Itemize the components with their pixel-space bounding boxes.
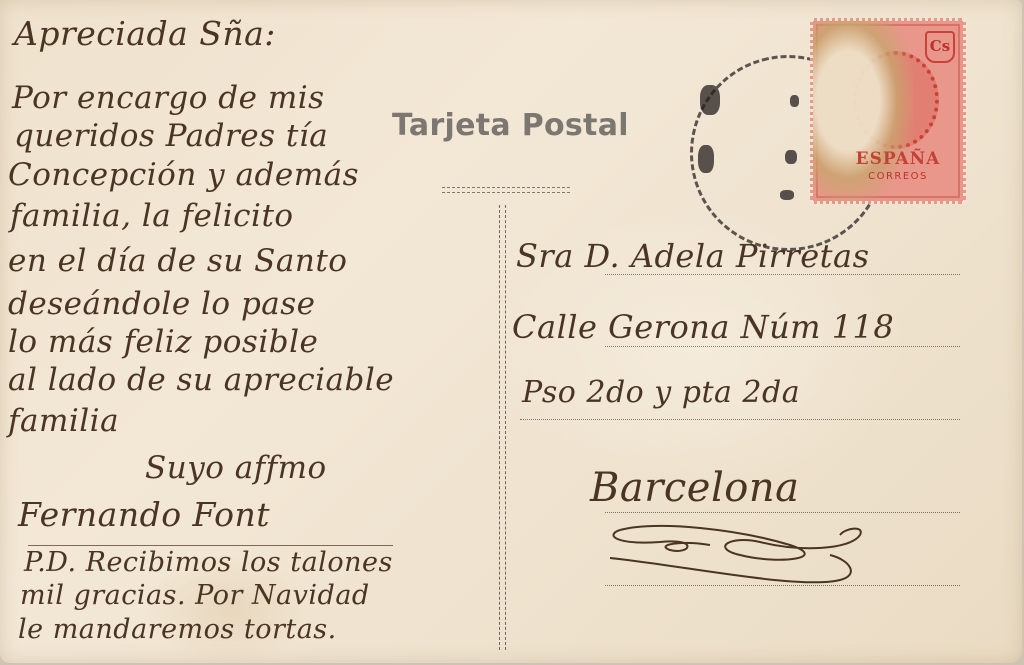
postscript-line: mil gracias. Por Navidad bbox=[20, 580, 370, 611]
recipient-name: Sra D. Adela Pirretas bbox=[516, 237, 870, 275]
postmark-ink bbox=[790, 95, 799, 107]
message-line: familia, la felicito bbox=[10, 198, 294, 234]
postage-stamp: Cs ESPAÑA CORREOS bbox=[810, 18, 966, 204]
stamp-label: CORREOS bbox=[843, 171, 953, 182]
postmark-ink bbox=[700, 85, 720, 115]
message-line: deseándole lo pase bbox=[8, 286, 316, 322]
postscript-line: P.D. Recibimos los talones bbox=[24, 547, 393, 578]
signature: Fernando Font bbox=[18, 495, 270, 534]
postscript-line: le mandaremos tortas. bbox=[18, 614, 337, 645]
address-line-rule bbox=[605, 512, 960, 513]
title-rule bbox=[442, 187, 570, 188]
address-line-rule bbox=[520, 419, 960, 420]
message-line: Por encargo de mis bbox=[12, 80, 325, 116]
postcard-back: Tarjeta Postal Cs ESPAÑA CORREOS Aprecia… bbox=[0, 0, 1022, 663]
message-salutation: Apreciada Sña: bbox=[14, 14, 276, 53]
flourish-icon bbox=[600, 520, 880, 590]
center-divider bbox=[499, 205, 506, 650]
stamp-value: Cs bbox=[925, 31, 955, 63]
message-line: al lado de su apreciable bbox=[8, 362, 394, 398]
message-line: Concepción y además bbox=[8, 157, 359, 193]
recipient-city: Barcelona bbox=[590, 465, 799, 511]
message-line: en el día de su Santo bbox=[8, 243, 347, 279]
message-line: lo más feliz posible bbox=[8, 324, 318, 360]
postmark-ink bbox=[698, 145, 714, 173]
postmark-ink bbox=[785, 150, 797, 164]
printed-title: Tarjeta Postal bbox=[392, 108, 629, 143]
message-line: queridos Padres tía bbox=[14, 118, 328, 154]
stamp-country: ESPAÑA bbox=[843, 149, 953, 169]
message-line: familia bbox=[8, 403, 119, 439]
title-rule bbox=[442, 192, 570, 193]
signature-underline bbox=[28, 545, 393, 546]
message-closing: Suyo affmo bbox=[145, 450, 327, 486]
recipient-floor: Pso 2do y pta 2da bbox=[522, 375, 800, 410]
recipient-street: Calle Gerona Núm 118 bbox=[512, 308, 894, 346]
postmark-ink bbox=[780, 190, 794, 200]
address-line-rule bbox=[605, 346, 960, 347]
